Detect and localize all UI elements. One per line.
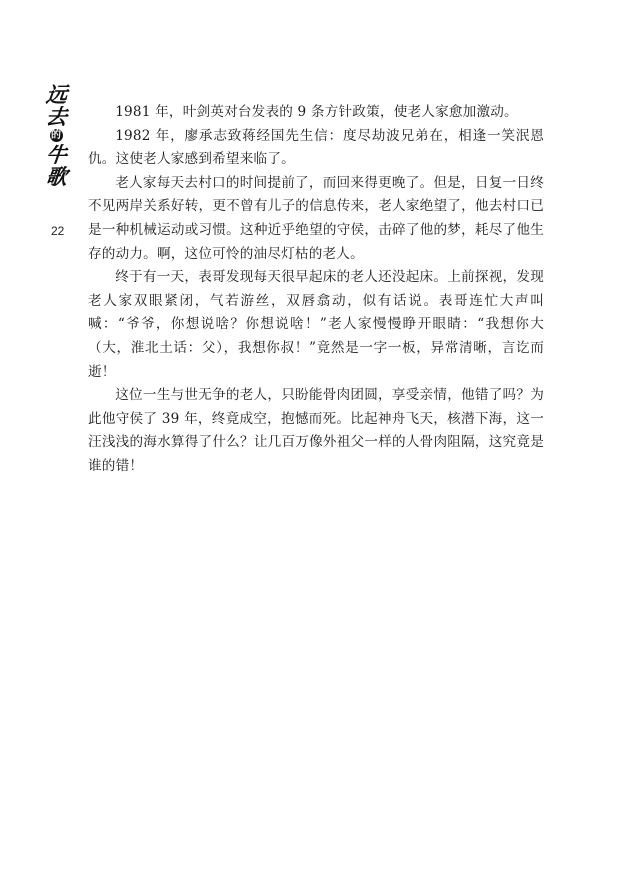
paragraph: 1982 年，廖承志致蒋经国先生信：度尽劫波兄弟在，相逢一笑泯恩仇。这使老人家感… [88,125,544,172]
body-text: 1981 年，叶剑英对台发表的 9 条方针政策，使老人家愈加激动。 1982 年… [88,101,544,479]
book-title-char: 远 [44,84,67,106]
book-title-char: 去 [44,106,67,128]
page-number: 22 [51,224,64,238]
book-page: 远 去 的 牛 歌 22 1981 年，叶剑英对台发表的 9 条方针政策，使老人… [0,0,634,891]
paragraph: 这位一生与世无争的老人，只盼能骨肉团圆，享受亲情，他错了吗？为此他守侯了 39 … [88,384,544,478]
book-title-calligraphy: 远 去 的 牛 歌 [36,84,76,188]
book-title-char: 牛 [44,144,67,166]
book-title-char: 歌 [44,166,67,188]
paragraph: 1981 年，叶剑英对台发表的 9 条方针政策，使老人家愈加激动。 [88,101,544,125]
paragraph: 终于有一天，表哥发现每天很早起床的老人还没起床。上前探视，发现老人家双眼紧闭，气… [88,266,544,384]
book-title-char-circled: 的 [50,129,63,142]
paragraph: 老人家每天去村口的时间提前了，而回来得更晚了。但是，日复一日终不见两岸关系好转，… [88,172,544,266]
